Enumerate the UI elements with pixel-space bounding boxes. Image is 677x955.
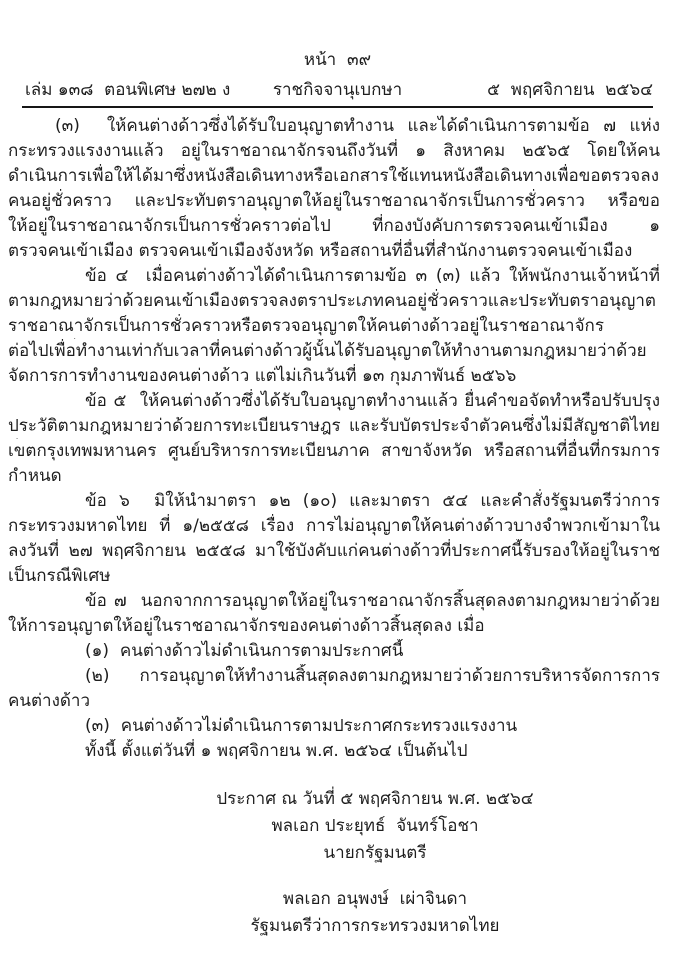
text-segment: ราชอาณาจักรเป็นการชั่วคราวหรือตรวจอนุญาต… bbox=[8, 316, 604, 339]
signature-line: พลเอก ประยุทธ์ จันทร์โอชา bbox=[215, 813, 535, 840]
text-segment: ประวัติตามกฎหมายว่าด้วยการทะเบียนราษฎร แ… bbox=[8, 416, 660, 439]
document-line: ให้การอนุญาตให้อยู่ในราชอาณาจักรของคนต่า… bbox=[8, 614, 660, 639]
document-line: กระทรวงมหาดไทย ที่ ๑/๒๕๕๘ เรื่อง การไม่อ… bbox=[8, 514, 660, 539]
document-line: (๑) คนต่างด้าวไม่ดำเนินการตามประกาศนี้ bbox=[8, 639, 660, 664]
document-line: ข้อ ๔ เมื่อคนต่างด้าวได้ดำเนินการตามข้อ … bbox=[8, 264, 660, 289]
text-segment: (๑) คนต่างด้าวไม่ดำเนินการตามประกาศนี้ bbox=[85, 641, 403, 661]
signature-line: รัฐมนตรีว่าการกระทรวงมหาดไทย bbox=[215, 913, 535, 940]
document-line: (๒) การอนุญาตให้ทำงานสิ้นสุดลงตามกฎหมายว… bbox=[8, 664, 660, 689]
document-line: กระทรวงแรงงานแล้ว อยู่ในราชอาณาจักรจนถึง… bbox=[8, 139, 660, 164]
text-segment: ข้อ ๖ มิให้นำมาตรา ๑๒ (๑๐) และมาตรา ๕๔ แ… bbox=[85, 491, 660, 511]
text-segment: (๒) การอนุญาตให้ทำงานสิ้นสุดลงตามกฎหมายว… bbox=[85, 666, 660, 689]
document-line: จัดการการทำงานของคนต่างด้าว แต่ไม่เกินวั… bbox=[8, 364, 660, 389]
text-segment: ให้การอนุญาตให้อยู่ในราชอาณาจักรของคนต่า… bbox=[8, 616, 485, 636]
text-segment: เขตกรุงเทพมหานคร ศูนย์บริหารการทะเบียนภา… bbox=[8, 441, 660, 464]
document-line: ตามกฎหมายว่าด้วยคนเข้าเมืองตรวจลงตราประเ… bbox=[8, 289, 660, 314]
document-line: คนอยู่ชั่วคราว และประทับตราอนุญาตให้อยู่… bbox=[8, 189, 660, 214]
document-line: ทั้งนี้ ตั้งแต่วันที่ ๑ พฤศจิกายน พ.ศ. ๒… bbox=[8, 739, 660, 764]
text-segment: กระทรวงแรงงานแล้ว อยู่ในราชอาณาจักรจนถึง… bbox=[8, 141, 587, 161]
header-divider bbox=[22, 106, 653, 108]
text-segment: เป็นกรณีพิเศษ bbox=[8, 566, 110, 586]
text-segment: ลงวันที่ ๒๗ พฤศจิกายน ๒๕๕๘ มาใช้บังคับแก… bbox=[8, 541, 660, 564]
text-segment: (๓) ให้คนต่างด้าวซึ่งได้รับใบอนุญาตทำงาน… bbox=[55, 116, 660, 139]
document-line: คนต่างด้าว bbox=[8, 689, 660, 714]
text-segment: ตรวจคนเข้าเมือง ตรวจคนเข้าเมืองจังหวัด ห… bbox=[8, 241, 632, 264]
signature-block-interior-minister: พลเอก อนุพงษ์ เผ่าจินดารัฐมนตรีว่าการกระ… bbox=[215, 886, 535, 940]
page-number: หน้า ๓๙ bbox=[22, 46, 653, 73]
text-segment: ตามกฎหมายว่าด้วยคนเข้าเมืองตรวจลงตราประเ… bbox=[8, 291, 656, 314]
document-line: ตรวจคนเข้าเมือง ตรวจคนเข้าเมืองจังหวัด ห… bbox=[8, 239, 660, 264]
signature-line: พลเอก อนุพงษ์ เผ่าจินดา bbox=[215, 886, 535, 913]
text-segment: ให้อยู่ในราชอาณาจักรเป็นการชั่วคราวต่อไป… bbox=[8, 216, 660, 239]
document-line: กำหนด bbox=[8, 464, 660, 489]
red-underlined-text: คนอยู่ชั่วคราว และประทับตราอนุญาตให้อยู่… bbox=[8, 191, 660, 214]
document-line: ราชอาณาจักรเป็นการชั่วคราวหรือตรวจอนุญาต… bbox=[8, 314, 660, 339]
document-line: ต่อไปเพื่อทำงานเท่ากับเวลาที่คนต่างด้าวผ… bbox=[8, 339, 660, 364]
document-line: ให้อยู่ในราชอาณาจักรเป็นการชั่วคราวต่อไป… bbox=[8, 214, 660, 239]
signature-block-prime-minister: ประกาศ ณ วันที่ ๕ พฤศจิกายน พ.ศ. ๒๕๖๔พลเ… bbox=[215, 786, 535, 867]
document-line: เขตกรุงเทพมหานคร ศูนย์บริหารการทะเบียนภา… bbox=[8, 439, 660, 464]
text-segment: ทั้งนี้ ตั้งแต่วันที่ ๑ พฤศจิกายน พ.ศ. ๒… bbox=[85, 741, 467, 761]
text-segment: (๓) คนต่างด้าวไม่ดำเนินการตามประกาศกระทร… bbox=[85, 716, 517, 736]
text-segment: กำหนด bbox=[8, 466, 62, 486]
document-line: ลงวันที่ ๒๗ พฤศจิกายน ๒๕๕๘ มาใช้บังคับแก… bbox=[8, 539, 660, 564]
text-segment: ข้อ ๔ เมื่อคนต่างด้าวได้ดำเนินการตามข้อ … bbox=[85, 266, 660, 286]
text-segment: ต่อไปเพื่อทำงานเท่ากับเวลาที่คนต่างด้าวผ… bbox=[8, 341, 647, 364]
document-line: ข้อ ๕ ให้คนต่างด้าวซึ่งได้รับใบอนุญาตทำง… bbox=[8, 389, 660, 414]
gazette-date: ๕ พฤศจิกายน ๒๕๖๔ bbox=[487, 76, 653, 103]
red-underlined-text: ดำเนินการเพื่อให้ได้มาซึ่งหนังสือเดินทาง… bbox=[8, 166, 659, 189]
document-line: ประวัติตามกฎหมายว่าด้วยการทะเบียนราษฎร แ… bbox=[8, 414, 660, 439]
text-segment: ข้อ ๕ ให้คนต่างด้าวซึ่งได้รับใบอนุญาตทำง… bbox=[85, 391, 660, 414]
document-line: เป็นกรณีพิเศษ bbox=[8, 564, 660, 589]
document-line: ข้อ ๖ มิให้นำมาตรา ๑๒ (๑๐) และมาตรา ๕๔ แ… bbox=[8, 489, 660, 514]
document-line: (๓) คนต่างด้าวไม่ดำเนินการตามประกาศกระทร… bbox=[8, 714, 660, 739]
document-line: ข้อ ๗ นอกจากการอนุญาตให้อยู่ในราชอาณาจัก… bbox=[8, 589, 660, 614]
document-line: ดำเนินการเพื่อให้ได้มาซึ่งหนังสือเดินทาง… bbox=[8, 164, 660, 189]
header-meta-row: เล่ม ๑๓๘ ตอนพิเศษ ๒๗๒ ง ราชกิจจานุเบกษา … bbox=[0, 76, 677, 101]
gazette-page: หน้า ๓๙ เล่ม ๑๓๘ ตอนพิเศษ ๒๗๒ ง ราชกิจจา… bbox=[0, 0, 677, 955]
text-segment: คนต่างด้าว bbox=[8, 691, 90, 711]
text-segment: จัดการการทำงานของคนต่างด้าว แต่ไม่เกินวั… bbox=[8, 366, 516, 386]
signature-line: ประกาศ ณ วันที่ ๕ พฤศจิกายน พ.ศ. ๒๕๖๔ bbox=[215, 786, 535, 813]
document-body: (๓) ให้คนต่างด้าวซึ่งได้รับใบอนุญาตทำงาน… bbox=[8, 114, 660, 764]
text-segment: กระทรวงมหาดไทย ที่ ๑/๒๕๕๘ เรื่อง การไม่อ… bbox=[8, 516, 660, 539]
text-segment: ข้อ ๗ นอกจากการอนุญาตให้อยู่ในราชอาณาจัก… bbox=[85, 591, 660, 614]
signature-line: นายกรัฐมนตรี bbox=[215, 840, 535, 867]
document-line: (๓) ให้คนต่างด้าวซึ่งได้รับใบอนุญาตทำงาน… bbox=[8, 114, 660, 139]
